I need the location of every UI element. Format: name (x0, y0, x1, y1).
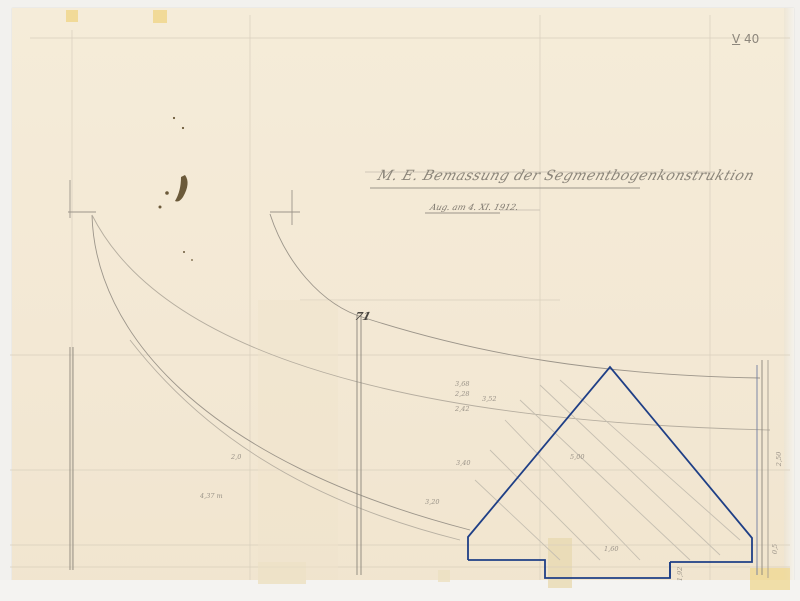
dimension-label: 3,52 (482, 395, 496, 403)
sheet-number: V 40 (732, 32, 759, 46)
pencil-construction (68, 172, 770, 578)
dimension-label: 2,42 (455, 405, 469, 413)
tape-piece (438, 570, 450, 582)
tape-piece (66, 10, 78, 22)
dimension-label: 0,5 (771, 544, 779, 554)
construction-gridlines (10, 15, 790, 580)
dimension-label: 2,28 (455, 390, 469, 398)
sheet-number-roman: V (732, 32, 740, 46)
sheet-number-value: 40 (744, 32, 759, 46)
dimension-label: 3,40 (456, 459, 470, 467)
dimension-label: 3,20 (425, 498, 439, 506)
dimension-label: 1,60 (604, 545, 618, 553)
tape-piece (750, 568, 790, 590)
ink-stains (159, 117, 193, 261)
technical-drawing (0, 0, 800, 601)
dimension-label: 2,0 (231, 453, 241, 461)
dimension-label: 5,00 (570, 453, 584, 461)
tape-piece (548, 538, 572, 588)
tape-piece (153, 10, 167, 23)
dimension-label: 4,37 m (200, 492, 223, 500)
dimension-label: 2,50 (775, 452, 783, 466)
dimension-label: 3,68 (455, 380, 469, 388)
overlay-strip (258, 300, 338, 580)
drawing-title: M. E. Bemassung der Segmentbogenkonstruk… (375, 168, 756, 184)
drawing-date: Aug. am 4. XI. 1912. (429, 203, 520, 213)
dimension-label: 1,92 (676, 567, 684, 581)
